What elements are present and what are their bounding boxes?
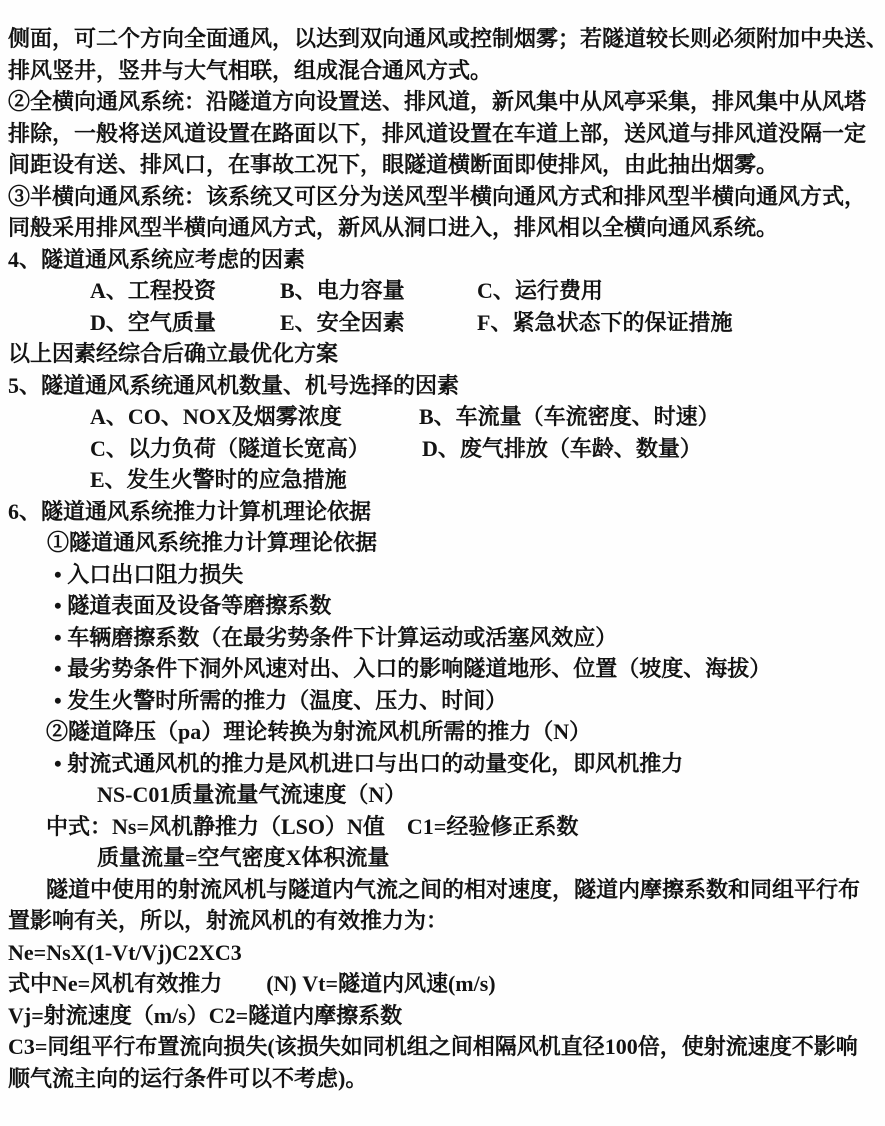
text-line: 中式：Ns=风机静推力（LSO）N值 C1=经验修正系数 [0,811,885,843]
text-line: ②隧道降压（pa）理论转换为射流风机所需的推力（N） [0,716,885,748]
text-segment: B、车流量（车流密度、时速） [419,401,720,433]
text-segment: C、运行费用 [477,275,603,307]
text-line: 以上因素经综合后确立最优化方案 [0,338,885,370]
text-segment: D、废气排放（车龄、数量） [422,433,702,465]
text-line: • 最劣势条件下洞外风速对出、入口的影响隧道地形、位置（坡度、海拔） [0,653,885,685]
text-segment: D、空气质量 [90,307,280,339]
text-line: D、空气质量E、安全因素F、紧急状态下的保证措施 [0,307,885,339]
text-line: 同般采用排风型半横向通风方式，新风从洞口进入，排风相以全横向通风系统。 [0,212,885,244]
text-line: A、CO、NOX及烟雾浓度B、车流量（车流密度、时速） [0,401,885,433]
text-line: Ne=NsX(1-Vt/Vj)C2XC3 [0,937,885,969]
text-line: • 车辆磨擦系数（在最劣势条件下计算运动或活塞风效应） [0,622,885,654]
text-line: E、发生火警时的应急措施 [0,464,885,496]
text-line: A、工程投资B、电力容量C、运行费用 [0,275,885,307]
document-page: 侧面，可二个方向全面通风，以达到双向通风或控制烟雾；若隧道较长则必须附加中央送、… [0,0,885,1126]
text-line: ③半横向通风系统：该系统又可区分为送风型半横向通风方式和排风型半横向通风方式， [0,181,885,213]
text-segment: F、紧急状态下的保证措施 [477,307,732,339]
text-line: • 射流式通风机的推力是风机进口与出口的动量变化，即风机推力 [0,748,885,780]
text-segment: C、以力负荷（隧道长宽高） [90,433,422,465]
text-line: • 入口出口阻力损失 [0,559,885,591]
text-segment: E、安全因素 [280,307,477,339]
text-segment: A、CO、NOX及烟雾浓度 [90,401,419,433]
text-line: • 隧道表面及设备等磨擦系数 [0,590,885,622]
text-line: ①隧道通风系统推力计算理论依据 [0,527,885,559]
text-line: C、以力负荷（隧道长宽高）D、废气排放（车龄、数量） [0,433,885,465]
text-line: 排除，一般将送风道设置在路面以下，排风道设置在车道上部，送风道与排风道没隔一定 [0,118,885,150]
text-line: 顺气流主向的运行条件可以不考虑)。 [0,1063,885,1095]
text-segment: B、电力容量 [280,275,477,307]
text-line: Vj=射流速度（m/s）C2=隧道内摩擦系数 [0,1000,885,1032]
text-line: 侧面，可二个方向全面通风，以达到双向通风或控制烟雾；若隧道较长则必须附加中央送、 [0,23,885,55]
text-line: 5、隧道通风系统通风机数量、机号选择的因素 [0,370,885,402]
text-line: 6、隧道通风系统推力计算机理论依据 [0,496,885,528]
text-line: C3=同组平行布置流向损失(该损失如同机组之间相隔风机直径100倍，使射流速度不… [0,1031,885,1063]
text-line: ②全横向通风系统：沿隧道方向设置送、排风道，新风集中从风亭采集，排风集中从风塔 [0,86,885,118]
text-line: 隧道中使用的射流风机与隧道内气流之间的相对速度，隧道内摩擦系数和同组平行布 [0,874,885,906]
text-line: 置影响有关，所以，射流风机的有效推力为： [0,905,885,937]
text-line: NS-C01质量流量气流速度（N） [0,779,885,811]
text-line: 间距设有送、排风口，在事故工况下，眼隧道横断面即使排风，由此抽出烟雾。 [0,149,885,181]
text-line: 式中Ne=风机有效推力 (N) Vt=隧道内风速(m/s) [0,968,885,1000]
text-line: 排风竖井，竖井与大气相联，组成混合通风方式。 [0,55,885,87]
text-line: 4、隧道通风系统应考虑的因素 [0,244,885,276]
text-line: 质量流量=空气密度X体积流量 [0,842,885,874]
text-segment: A、工程投资 [90,275,280,307]
text-line: • 发生火警时所需的推力（温度、压力、时间） [0,685,885,717]
